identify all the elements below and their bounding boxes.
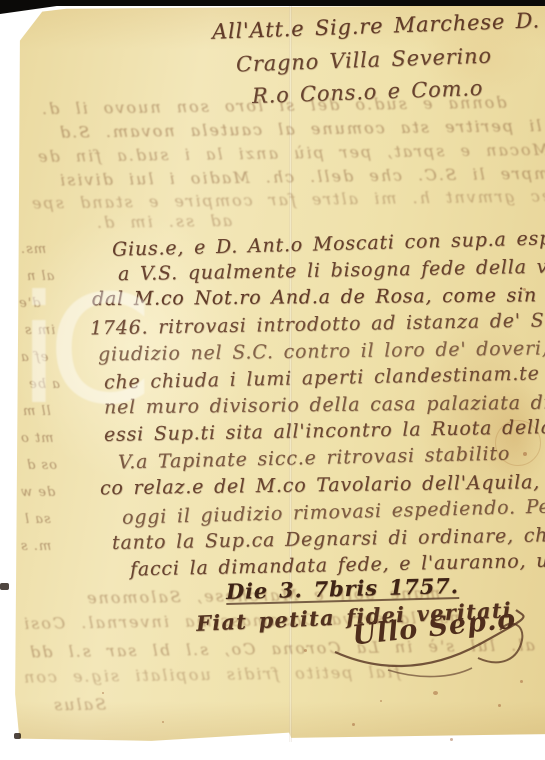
bleed-mark: ef a (20, 350, 48, 365)
foxing-spot (450, 738, 453, 741)
bleed-mark: d'e (18, 296, 41, 311)
foxing-spot (523, 452, 527, 456)
bleed-mark: m. s (20, 539, 51, 554)
foxing-spot (162, 721, 164, 723)
scan-edge-mark (0, 583, 9, 590)
foxing-spot (433, 691, 438, 695)
body-line: nel muro divisorio della casa palaziata … (104, 394, 545, 418)
foxing-spot (380, 700, 382, 702)
bleed-mark: os d (26, 458, 57, 473)
bleed-mark: a be (28, 377, 60, 392)
body-line: dal M.co Not.ro And.a de Rosa, come sin … (92, 286, 545, 309)
scan-edge-mark (14, 733, 21, 739)
bleed-line: ad ss. im d. (95, 213, 232, 231)
bleed-mark: mt o (20, 431, 54, 446)
bleed-mark: sa l (24, 512, 51, 527)
bleed-mark: im s (24, 323, 55, 338)
bleed-mark: de w (20, 485, 55, 500)
manuscript-scan: { "letter": { "header_lines": [ "All'Att… (0, 0, 545, 760)
bleed-line: Salus (52, 697, 106, 714)
bleed-mark: al n (26, 269, 54, 284)
bleed-mark: ms. (20, 242, 46, 257)
foxing-spot (498, 704, 501, 707)
foxing-spot (352, 723, 355, 726)
bleed-mark: ll m (22, 404, 51, 419)
